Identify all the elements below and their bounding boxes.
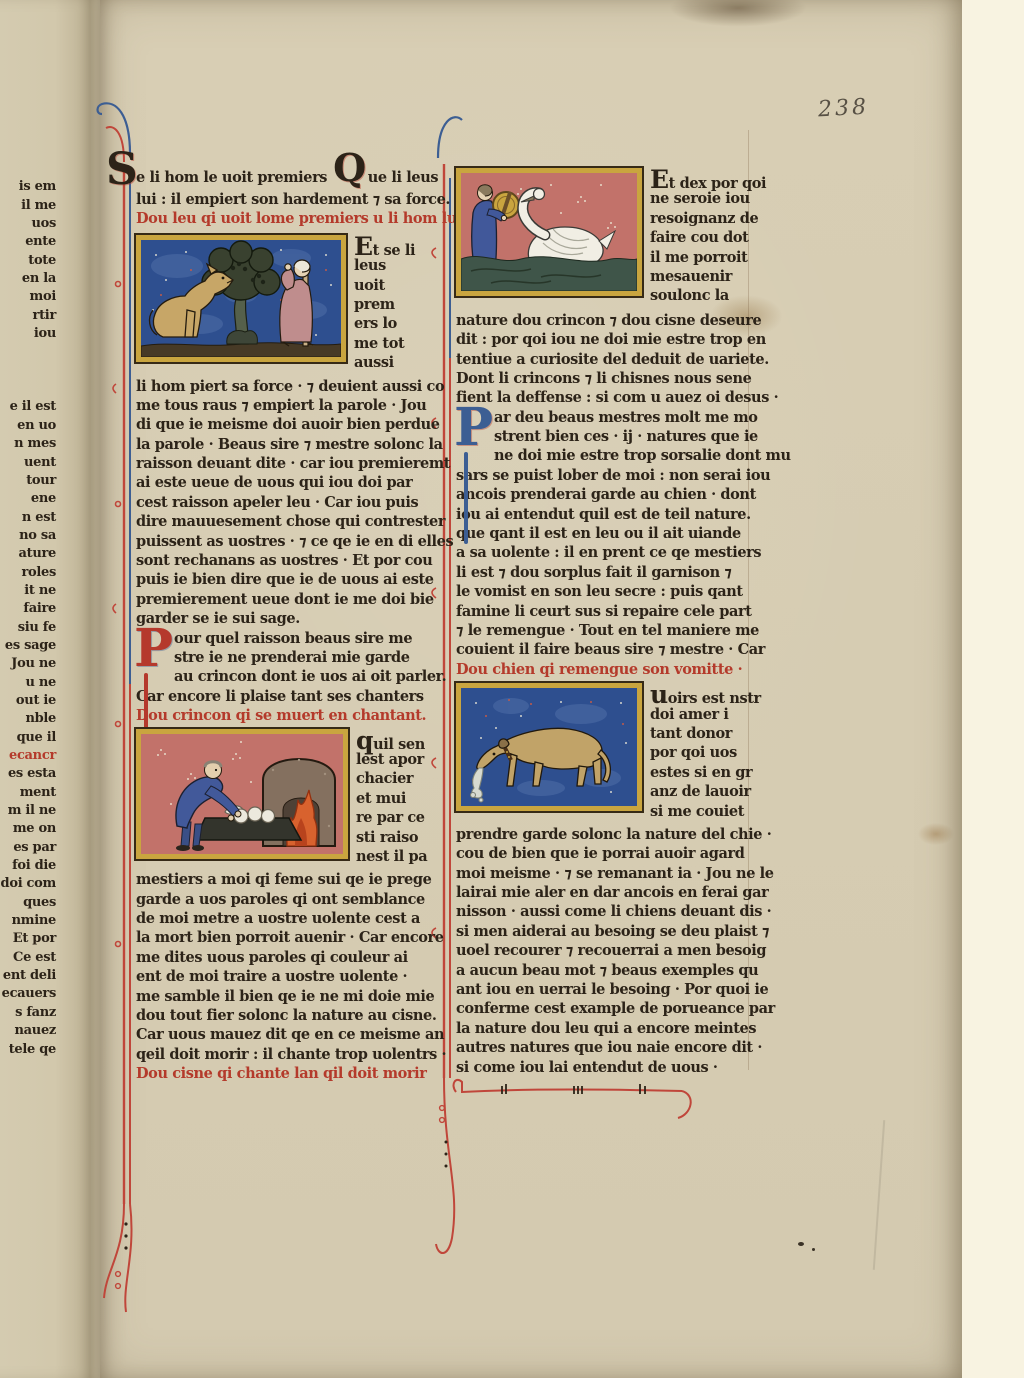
side-text-line: anz de lauoir [650,782,748,801]
text-line: ancois prenderai garde au chien · dont [456,485,748,504]
text-fragment: it ne [0,582,62,600]
text-line: si come iou lai entendut de uous · [456,1058,748,1077]
text-line: uoel recourer ⁊ recouerrai a men besoig [456,941,748,960]
side-text-line: leus [354,256,415,275]
text-line: autres natures que iou naie encore dit · [456,1038,748,1057]
text-fragment: ques [0,894,62,912]
text-line: raisson deuant dite · car iou premieremt [136,454,428,473]
body-text-block: nature dou crincon ⁊ dou cisne deseuredi… [456,311,748,408]
text-fragment: tour [0,472,62,490]
text-line: de moi metre a uostre uolente cest a [136,909,428,928]
text-fragment: uent [0,454,62,472]
text-fragment: ment [0,784,62,802]
text-line: puis ie bien dire que ie de uous ai este [136,570,428,589]
text-line: li est ⁊ dou sorplus fait il garnison ⁊ [456,563,748,582]
text-fragment: en uo [0,417,62,435]
text-line: le vomist en son leu secre : puis qant [456,582,748,601]
initial-letter: P [134,625,173,673]
text-fragment [0,343,62,361]
wrapped-side-text: Et dex por qoine seroie iouresoignanz de… [650,168,748,306]
text-line: me dites uous paroles qi couleur ai [136,948,428,967]
text-line: premierement ueue dont ie me doi bie [136,590,428,609]
side-text-line: il me porroit [650,248,748,267]
rubric-wolf: Dou leu qi uoit lome premiers u li hom l… [136,209,428,228]
miniature-swan [456,168,642,296]
text-fragment: il me [0,197,62,215]
text-line: a sa uolente : il en prent ce qe mestier… [456,543,748,562]
text-fragment: es sage [0,637,62,655]
text-fragment: ecancr [0,747,62,765]
text-line: cest raisson apeler leu · Car iou puis [136,493,428,512]
text-line: iou ai entendut quil est de teil nature. [456,505,748,524]
rubric-cricket: Dou crincon qi se muert en chantant. [136,706,428,725]
side-text-line: mesauenir [650,267,748,286]
text-fragment: es esta [0,765,62,783]
man-figure [280,260,313,346]
text-fragment: ente [0,233,62,251]
text-fragment: u ne [0,674,62,692]
previous-folio-edge: is emil meuosentetoteen lamoirtirioue il… [0,0,100,1378]
text-fragment: ature [0,545,62,563]
text-fragment: iou [0,325,62,343]
side-text-line: resoignanz de [650,209,748,228]
text-line: strent bien ces · ij · natures que ie [456,427,748,446]
miniature-row: Et se lileusuoitpremers lome totaussi [136,235,428,373]
left-text-column: Se li hom le uoit premiersQue li leus lu… [136,166,428,1084]
initial-letter: P [454,404,493,452]
text-fragment: ecauers [0,985,62,1003]
text-fragment [0,362,62,380]
side-text-line: sti raiso [356,828,427,847]
text-line: que qant il est en leu ou il ait uiande [456,524,748,543]
text-fragment [0,380,62,398]
text-fragment [0,160,62,178]
side-text-line: doi amer i [650,705,748,724]
text-fragment: m il ne [0,802,62,820]
text-fragment: tote [0,252,62,270]
text-line: me samble il bien qe ie ne mi doie mie [136,987,428,1006]
miniature-row: uoirs est nstrdoi amer itant donorpor qo… [456,683,748,821]
initial-P-red: P [136,629,174,671]
side-text-line: quil sen [356,731,427,750]
paragraph-with-initial: P our quel raisson beaus sire mestre ie … [136,629,428,707]
initial-S: S [106,150,137,190]
text-line: me tous raus ⁊ empiert la parole · Jou [136,396,428,415]
ink-speck [812,1248,815,1251]
text-fragment: Et por [0,930,62,948]
initial-tail [144,673,148,729]
text-fragment: es par [0,839,62,857]
text-fragment: doi com [0,875,62,893]
text-fragment: nauez [0,1022,62,1040]
opening-text-1: e li hom le uoit premiers [136,169,327,186]
wrapped-side-text: quil senlest aporchacieret muire par ces… [356,729,427,867]
wrapped-side-text: Et se lileusuoitpremers lome totaussi [354,235,415,373]
text-fragment: roles [0,564,62,582]
text-line: li hom piert sa force · ⁊ deuient aussi … [136,377,428,396]
opening-line: Se li hom le uoit premiersQue li leus [136,166,428,190]
text-fragment: Ce est [0,949,62,967]
paragraph-lines: our quel raisson beaus sire mestre ie ne… [136,629,428,707]
side-text-line: re par ce [356,808,427,827]
right-text-column: Et dex por qoine seroie iouresoignanz de… [456,168,748,1077]
scan-background [962,0,1024,1378]
folio-number: 238 [817,95,869,123]
text-fragment: faire [0,600,62,618]
initial-P-blue: P [456,408,494,466]
miniature-row: Et dex por qoine seroie iouresoignanz de… [456,168,748,306]
text-fragment: no sa [0,527,62,545]
body-text-block: prendre garde solonc la nature del chie … [456,825,748,1077]
text-line: nature dou crincon ⁊ dou cisne deseure [456,311,748,330]
side-text-line: Et se li [354,237,415,256]
water [461,256,637,291]
ground [141,343,341,357]
side-text-line: prem [354,295,415,314]
text-fragment: s fanz [0,1004,62,1022]
text-line: Car encore li plaise tant ses chanters [136,687,428,706]
text-line: moi meisme · ⁊ se remanant ia · Jou ne l… [456,864,748,883]
side-text-line: nest il pa [356,847,427,866]
text-line: dire mauuesement chose qui contrester [136,512,428,531]
rubric-swan: Dou cisne qi chante lan qil doit morir [136,1064,428,1083]
text-fragment: n mes [0,435,62,453]
paragraph-with-initial: P ar deu beaus mestres molt me mostrent … [456,408,748,660]
text-fragment: que il [0,729,62,747]
text-line: cou de bien que ie porrai auoir agard [456,844,748,863]
text-fragment: nmine [0,912,62,930]
text-fragment: out ie [0,692,62,710]
text-line: sont rechanans as uostres · Et por cou [136,551,428,570]
text-fragment: is em [0,178,62,196]
side-text-line: aussi [354,353,415,372]
text-line: lui : il empiert son hardement ⁊ sa forc… [136,190,428,209]
manuscript-scan: is emil meuosentetoteen lamoirtirioue il… [0,0,1024,1378]
text-fragment: e il est [0,398,62,416]
text-fragment: uos [0,215,62,233]
side-text-line: soulonc la [650,286,748,305]
text-line: conferme cest example de porueance par [456,999,748,1018]
side-text-line: me tot [354,334,415,353]
text-line: ai este ueue de uous qui iou doi par [136,473,428,492]
text-line: ar deu beaus mestres molt me mo [456,408,748,427]
side-text-line: uoit [354,276,415,295]
text-fragment: en la [0,270,62,288]
miniature-row: quil senlest aporchacieret muire par ces… [136,729,428,867]
text-line: prendre garde solonc la nature del chie … [456,825,748,844]
text-line: la nature dou leu qui a encore meintes [456,1019,748,1038]
text-line: our quel raisson beaus sire me [136,629,428,648]
text-line: di que ie meisme doi auoir bien perdue [136,415,428,434]
text-fragment: tele qe [0,1041,62,1059]
text-line: ent de moi traire a uostre uolente · [136,967,428,986]
text-line: ⁊ le remengue · Tout en tel maniere me [456,621,748,640]
text-line: puissent as uostres · ⁊ ce qe ie en di e… [136,532,428,551]
text-fragment: n est [0,509,62,527]
opening-text-2: ue li leus [368,169,438,186]
text-line: tentiue a curiosite del deduit de uariet… [456,350,748,369]
side-text-line: uoirs est nstr [650,685,748,704]
side-text-line: tant donor [650,724,748,743]
text-line: nisson · aussi come li chiens deuant dis… [456,902,748,921]
text-line: fient la deffense : si com u auez oi des… [456,388,748,407]
text-line: sars se puist lober de moi : non serai i… [456,466,748,485]
text-line: Car uous mauez dit qe en ce meisme an [136,1025,428,1044]
text-line: au crincon dont ie uos ai oit parler. [136,667,428,686]
text-line: dit : por qoi iou ne doi mie estre trop … [456,330,748,349]
body-text-block: li hom piert sa force · ⁊ deuient aussi … [136,377,428,629]
text-line: mestiers a moi qi feme sui qe ie prege [136,870,428,889]
text-fragment: nble [0,710,62,728]
text-fragment: moi [0,288,62,306]
wrapped-side-text: uoirs est nstrdoi amer itant donorpor qo… [650,683,748,821]
side-text-line: Et dex por qoi [650,170,748,189]
side-text-line: chacier [356,769,427,788]
text-fragment: rtir [0,307,62,325]
text-fragment: me on [0,820,62,838]
text-line: famine li ceurt sus si repaire cele part [456,602,748,621]
text-line: lairai mie aler en dar ancois en ferai g… [456,883,748,902]
miniature-oven [136,729,348,859]
text-line: Dont li crincons ⁊ li chisnes nous sene [456,369,748,388]
body-text-block: mestiers a moi qi feme sui qe ie pregega… [136,870,428,1064]
side-text-line: et mui [356,789,427,808]
text-line: dou tout fier solonc la nature au cisne. [136,1006,428,1025]
side-text-line: lest apor [356,750,427,769]
text-line: a aucun beau mot ⁊ beaus exemples qu [456,961,748,980]
text-fragment: foi die [0,857,62,875]
paragraph-lines: ar deu beaus mestres molt me mostrent bi… [456,408,748,660]
text-fragment: ent deli [0,967,62,985]
text-line: garde a uos paroles qi ont semblance [136,890,428,909]
text-line: qeil doit morir : il chante trop uolentr… [136,1045,428,1064]
ink-speck [798,1242,804,1246]
side-text-line: estes si en gr [650,763,748,782]
text-line: garder se ie sui sage. [136,609,428,628]
text-line: couient il faire beaus sire ⁊ mestre · C… [456,640,748,659]
side-text-line: ers lo [354,314,415,333]
side-text-line: ne seroie iou [650,189,748,208]
side-text-line: por qoi uos [650,743,748,762]
text-fragment: siu fe [0,619,62,637]
text-fragment: ene [0,490,62,508]
miniature-wolf-man [136,235,346,362]
initial-tail [464,452,468,544]
text-line: la mort bien porroit auenir · Car encore [136,928,428,947]
text-line: ant iou en uerrai le besoing · Por quoi … [456,980,748,999]
previous-folio-text-fragments: is emil meuosentetoteen lamoirtirioue il… [0,160,62,1059]
text-line: la parole · Beaus sire ⁊ mestre solonc l… [136,435,428,454]
side-text-line: faire cou dot [650,228,748,247]
table [195,818,301,840]
side-text-line: si me couiet [650,802,748,821]
text-line: si men aiderai au besoing se deu plaist … [456,922,748,941]
rubric-dog: Dou chien qi remengue son vomitte · [456,660,748,679]
text-fragment: Jou ne [0,655,62,673]
text-line: stre ie ne prenderai mie garde [136,648,428,667]
text-line: ne doi mie estre trop sorsalie dont mu [456,446,748,465]
miniature-dog [456,683,642,811]
